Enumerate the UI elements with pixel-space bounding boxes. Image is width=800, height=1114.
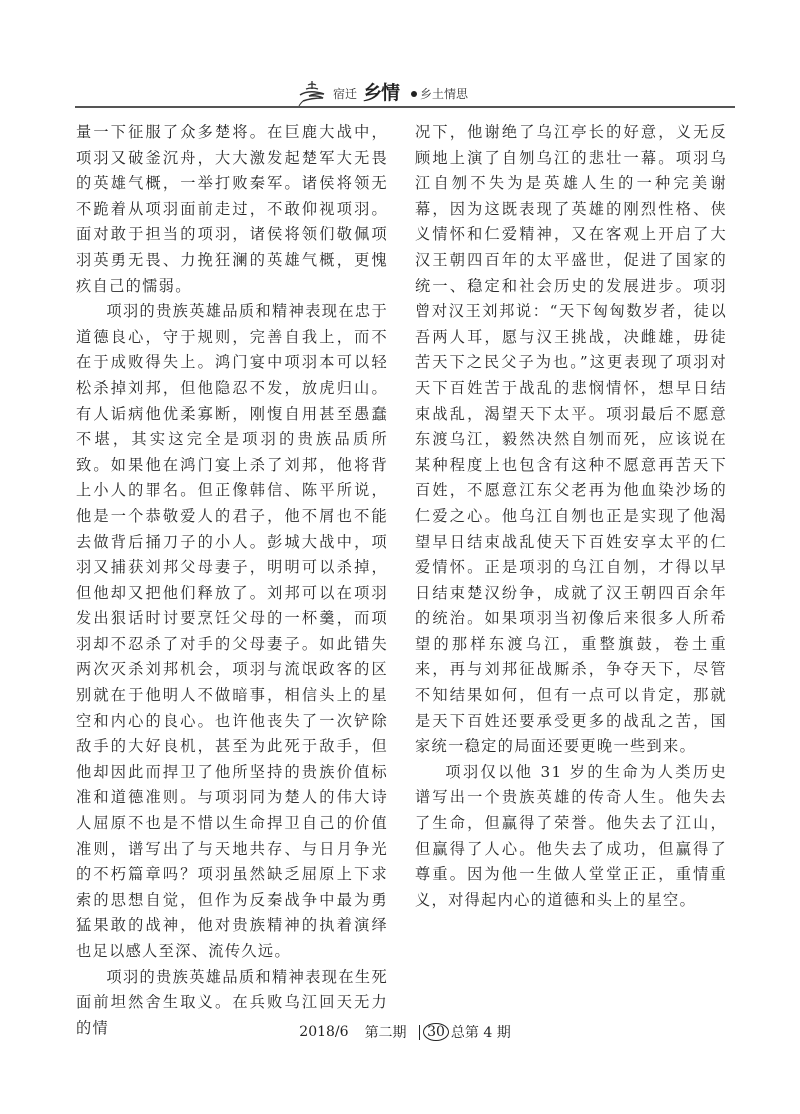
page-footer: 2018/6 第二期 30 总第 4 期 (0, 1022, 800, 1042)
page-header: 宿迁 乡情 乡土情思 (75, 78, 735, 108)
footer-divider (419, 1025, 421, 1040)
crane-wave-logo-icon (297, 80, 327, 106)
page-number: 30 (423, 1023, 449, 1041)
bullet-icon (411, 91, 417, 97)
section-title: 乡土情思 (411, 85, 468, 106)
article-column-right: 况下，他谢绝了乌江亭长的好意，义无反顾地上演了自刎乌江的悲壮一幕。项羽乌江自刎不… (415, 120, 727, 913)
brand-title: 乡情 (363, 78, 399, 106)
issue-date: 2018/6 (299, 1024, 348, 1040)
footer-info: 2018/6 第二期 30 总第 4 期 (299, 1022, 510, 1042)
header-rule (75, 106, 735, 108)
total-issue: 总第 4 期 (451, 1022, 511, 1042)
article-column-left: 量一下征服了众多楚将。在巨鹿大战中，项羽又破釜沉舟，大大激发起楚军大无畏的英雄气… (76, 120, 388, 1041)
paragraph: 量一下征服了众多楚将。在巨鹿大战中，项羽又破釜沉舟，大大激发起楚军大无畏的英雄气… (76, 120, 388, 299)
paragraph: 况下，他谢绝了乌江亭长的好意，义无反顾地上演了自刎乌江的悲壮一幕。项羽乌江自刎不… (415, 120, 727, 760)
paragraph: 项羽的贵族英雄品质和精神表现在忠于道德良心，守于规则，完善自我上，而不在于成败得… (76, 299, 388, 964)
magazine-brand: 宿迁 乡情 乡土情思 (297, 78, 468, 106)
issue-number: 第二期 (365, 1022, 407, 1042)
brand-city: 宿迁 (333, 85, 357, 106)
section-title-text: 乡土情思 (420, 87, 468, 101)
paragraph: 项羽仅以他 31 岁的生命为人类历史谱写出一个贵族英雄的传奇人生。他失去了生命，… (415, 760, 727, 914)
